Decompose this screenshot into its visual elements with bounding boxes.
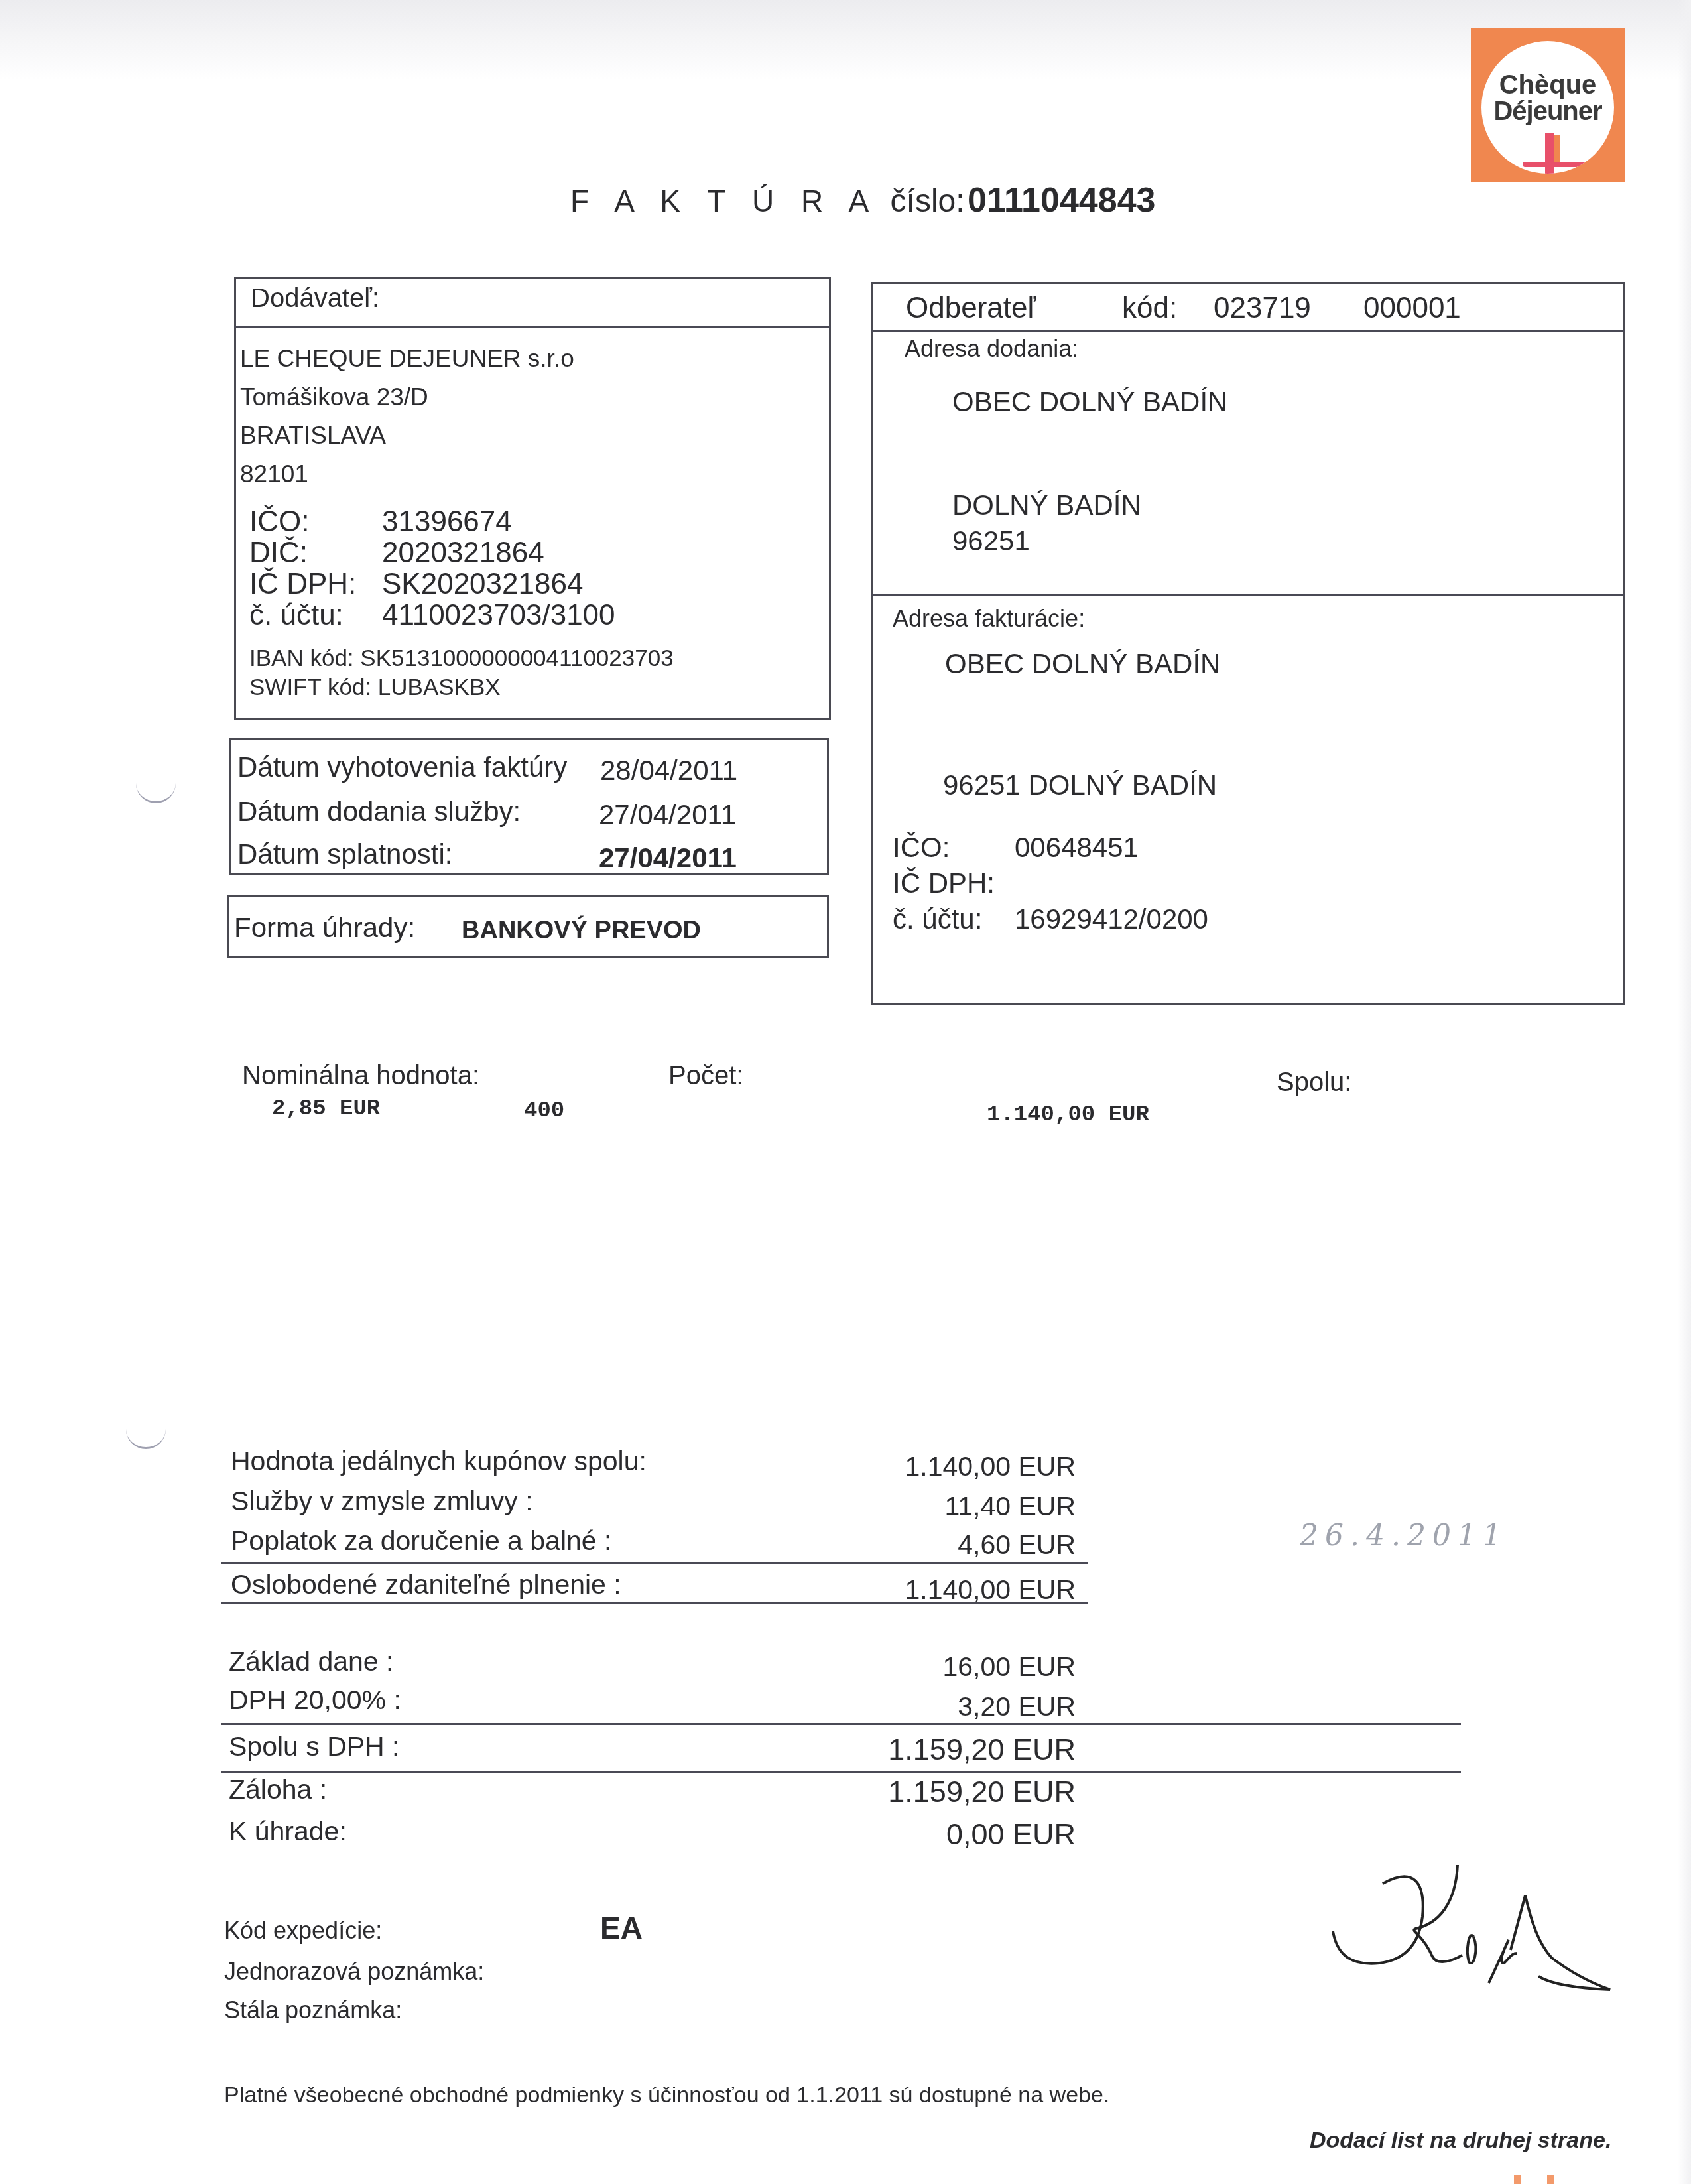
tax-base-label: Základ dane :: [229, 1646, 393, 1677]
supplier-iban-value: SK5131000000004110023703: [360, 645, 673, 671]
invoice-number: 0111044843: [968, 181, 1155, 220]
summary-value: 11,40 EUR: [744, 1491, 1076, 1522]
total-with-vat-label: Spolu s DPH :: [229, 1731, 400, 1762]
supplier-street: Tomášikova 23/D: [240, 383, 428, 411]
logo-circle: Chèque Déjeuner: [1481, 41, 1614, 174]
total-label: Spolu:: [1277, 1068, 1351, 1098]
logo-text-line2: Déjeuner: [1481, 98, 1614, 125]
nominal-value: 2,85 EUR: [272, 1096, 380, 1122]
payment-method-label: Forma úhrady:: [234, 912, 415, 944]
date-issued-value: 28/04/2011: [600, 755, 737, 787]
summary-label: Poplatok za doručenie a balné :: [231, 1525, 611, 1557]
customer-account-value: 16929412/0200: [1015, 903, 1208, 935]
supplier-swift-value: LUBASKBX: [378, 674, 501, 700]
invoice-title: F A K T Ú R A číslo: 0111044843: [570, 180, 1156, 220]
delivery-city: DOLNÝ BADÍN: [952, 489, 1141, 521]
advance-label: Záloha :: [229, 1774, 327, 1805]
vat-value: 3,20 EUR: [744, 1691, 1076, 1722]
count-value: 400: [524, 1098, 564, 1124]
customer-code-label: kód:: [1122, 292, 1177, 325]
date-delivered-value: 27/04/2011: [599, 799, 736, 831]
handwritten-date: 26.4.2011: [1300, 1519, 1508, 1553]
supplier-ico-label: IČO:: [249, 505, 309, 539]
supplier-account-label: č. účtu:: [249, 599, 344, 632]
terms-notice: Platné všeobecné obchodné podmienky s úč…: [224, 2083, 1109, 2108]
invoice-title-word: F A K T Ú R A: [570, 184, 878, 218]
logo-fragment: [1514, 2175, 1521, 2184]
delivery-note-notice: Dodací list na druhej strane.: [1310, 2128, 1611, 2153]
customer-ico-value: 00648451: [1015, 832, 1139, 864]
customer-ico-label: IČO:: [893, 832, 950, 864]
customer-account-label: č. účtu:: [893, 903, 982, 935]
supplier-iban-label: IBAN kód:: [249, 645, 354, 671]
supplier-heading: Dodávateľ:: [251, 284, 379, 314]
summary-value: 4,60 EUR: [744, 1529, 1076, 1561]
customer-code-1: 023719: [1214, 292, 1311, 325]
supplier-dic-value: 2020321864: [382, 537, 544, 570]
summary-value: 1.140,00 EUR: [744, 1451, 1076, 1482]
punch-hole-mark: [136, 781, 176, 803]
scan-shading: [0, 0, 1691, 80]
logo-fragment: [1547, 2175, 1554, 2184]
billing-address-label: Adresa fakturácie:: [893, 605, 1085, 633]
invoice-number-label: číslo:: [891, 184, 965, 219]
customer-address-divider: [871, 594, 1625, 596]
dispatch-code-label: Kód expedície:: [224, 1917, 382, 1945]
summary-divider: [221, 1562, 1088, 1564]
payment-method-value: BANKOVÝ PREVOD: [462, 917, 701, 945]
customer-heading: Odberateľ: [906, 292, 1036, 325]
supplier-dic-label: DIČ:: [249, 537, 308, 570]
dispatch-code-value: EA: [600, 1910, 643, 1946]
billing-name: OBEC DOLNÝ BADÍN: [945, 648, 1220, 680]
summary-divider: [221, 1602, 1088, 1604]
tax-base-value: 16,00 EUR: [744, 1651, 1076, 1683]
supplier-name: LE CHEQUE DEJEUNER s.r.o: [240, 345, 574, 373]
summary-label: Hodnota jedálnych kupónov spolu:: [231, 1446, 647, 1477]
scan-edge: [1678, 0, 1691, 2184]
vat-label: DPH 20,00% :: [229, 1685, 401, 1716]
total-value: 1.140,00 EUR: [987, 1102, 1149, 1127]
advance-value: 1.159,20 EUR: [744, 1775, 1076, 1809]
cheque-dejeuner-logo: Chèque Déjeuner: [1471, 28, 1625, 182]
supplier-ico-value: 31396674: [382, 505, 512, 539]
logo-fork-bar-icon: [1523, 162, 1593, 167]
to-pay-label: K úhrade:: [229, 1816, 347, 1847]
one-time-note-label: Jednorazová poznámka:: [224, 1958, 484, 1986]
logo-text-line1: Chèque: [1481, 72, 1614, 98]
supplier-city: BRATISLAVA: [240, 422, 386, 450]
supplier-zip: 82101: [240, 460, 308, 488]
supplier-swift: SWIFT kód: LUBASKBX: [249, 674, 501, 701]
customer-code-2: 000001: [1363, 292, 1461, 325]
summary-divider: [221, 1771, 1461, 1773]
summary-label: Služby v zmysle zmluvy :: [231, 1486, 533, 1517]
customer-icdph-label: IČ DPH:: [893, 867, 995, 899]
billing-city: 96251 DOLNÝ BADÍN: [943, 769, 1217, 801]
supplier-header-divider: [234, 326, 831, 328]
delivery-address-label: Adresa dodania:: [905, 335, 1078, 363]
signature-icon: [1300, 1844, 1631, 2016]
punch-hole-mark: [126, 1427, 166, 1449]
summary-divider: [221, 1723, 1461, 1725]
supplier-iban: IBAN kód: SK5131000000004110023703: [249, 645, 674, 672]
date-issued-label: Dátum vyhotovenia faktúry: [237, 751, 567, 783]
date-due-value: 27/04/2011: [599, 842, 737, 874]
nominal-value-label: Nominálna hodnota:: [242, 1061, 479, 1091]
logo-knife-icon: [1554, 135, 1560, 162]
total-with-vat-value: 1.159,20 EUR: [744, 1732, 1076, 1767]
exempt-label: Oslobodené zdaniteľné plnenie :: [231, 1569, 621, 1600]
delivery-zip: 96251: [952, 525, 1030, 557]
supplier-swift-label: SWIFT kód:: [249, 674, 371, 700]
count-label: Počet:: [668, 1061, 743, 1091]
exempt-value: 1.140,00 EUR: [744, 1574, 1076, 1606]
customer-header-divider: [871, 330, 1625, 332]
delivery-name: OBEC DOLNÝ BADÍN: [952, 386, 1227, 418]
permanent-note-label: Stála poznámka:: [224, 1996, 402, 2024]
date-delivered-label: Dátum dodania služby:: [237, 796, 521, 828]
supplier-icdph-label: IČ DPH:: [249, 568, 356, 601]
logo-fork-icon: [1545, 133, 1554, 174]
to-pay-value: 0,00 EUR: [744, 1817, 1076, 1852]
supplier-icdph-value: SK2020321864: [382, 568, 583, 601]
supplier-account-value: 4110023703/3100: [382, 599, 615, 632]
date-due-label: Dátum splatnosti:: [237, 838, 452, 870]
